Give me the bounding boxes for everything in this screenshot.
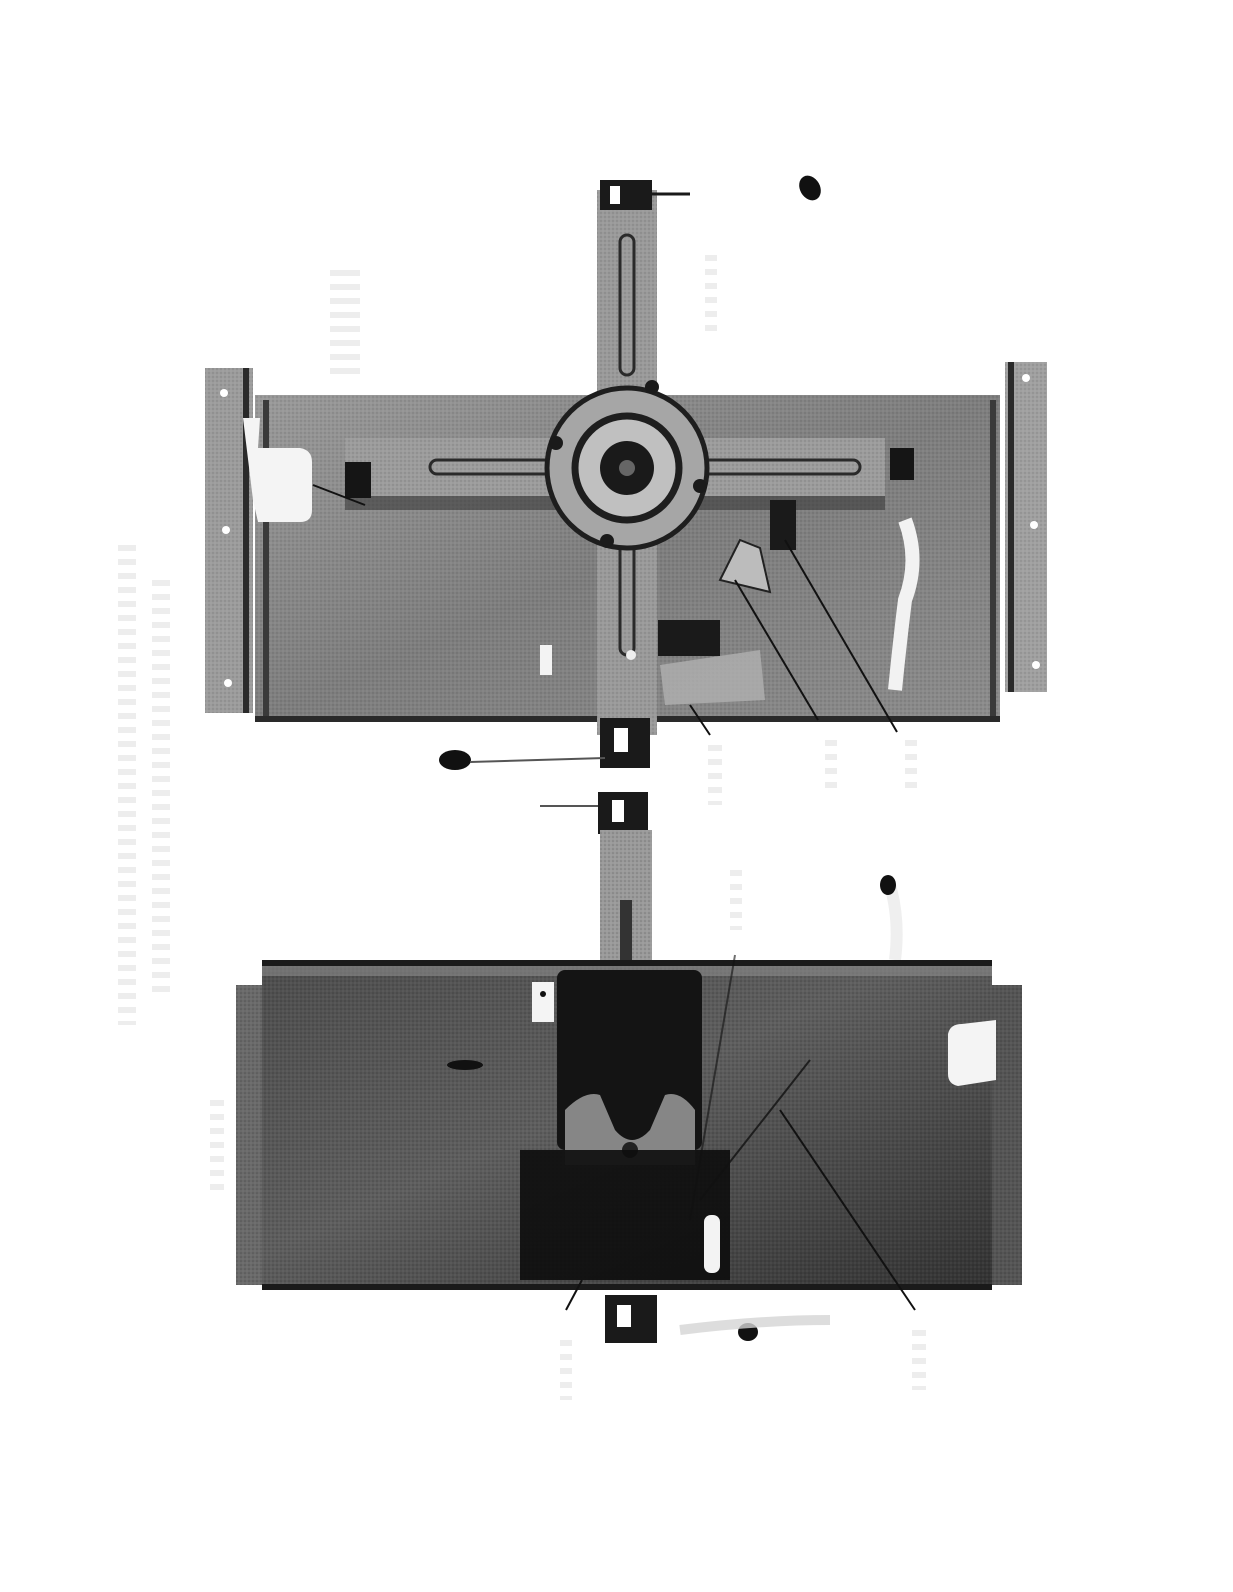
callout-label-bottom-2: [912, 1330, 926, 1390]
bottom-photo-drawing: [0, 0, 1233, 1592]
callout-label-bottom-4: [210, 1100, 224, 1190]
document-page: [0, 0, 1233, 1592]
callout-label-bottom-1: [560, 1340, 572, 1400]
callout-label-bottom-3: [730, 870, 742, 930]
